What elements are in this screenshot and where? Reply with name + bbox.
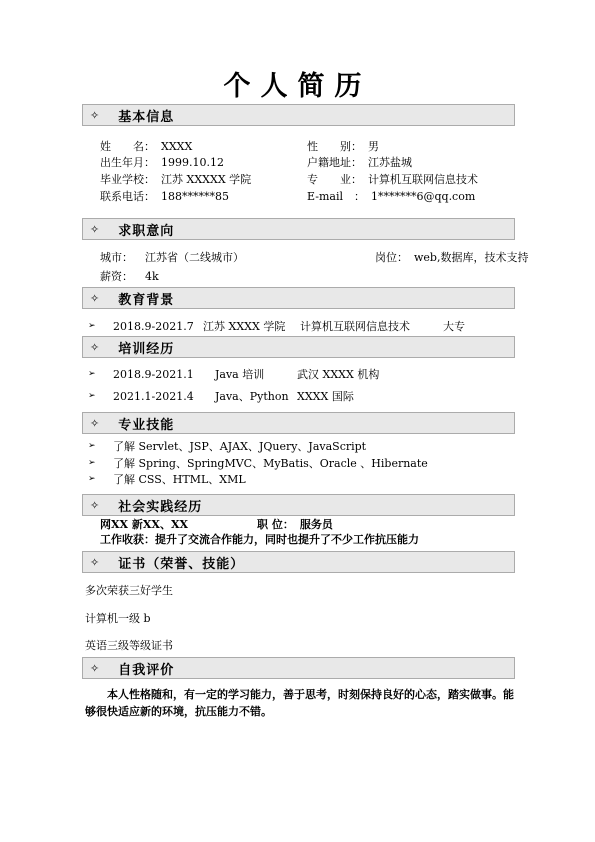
- intent-post: 岗位：web,数据库，技术支持: [375, 251, 528, 264]
- info-value: 1*******6@qq.com: [371, 190, 475, 203]
- skill-item: 了解 CSS、HTML、XML: [113, 473, 246, 486]
- certificate-item: 计算机一级 b: [85, 612, 151, 625]
- practice-gain: 工作收获：提升了交流合作能力，同时也提升了不少工作抗压能力: [100, 533, 419, 546]
- basic-row-address: 户籍地址：江苏盐城: [307, 156, 412, 169]
- section-header-basic-info: ✧ 基本信息: [82, 104, 515, 126]
- basic-row-email: E-mail ：1*******6@qq.com: [307, 190, 475, 203]
- basic-row-phone: 联系电话：188******85: [100, 190, 229, 203]
- arrow-bullet-icon: ➢: [88, 440, 96, 453]
- certificate-item: 多次荣获三好学生: [85, 584, 173, 597]
- skill-item: 了解 Servlet、JSP、AJAX、JQuery、JavaScript: [113, 440, 366, 453]
- arrow-bullet-icon: ➢: [88, 320, 96, 333]
- training-org: 武汉 XXXX 机构: [297, 368, 379, 381]
- training-date: 2018.9-2021.1: [113, 368, 194, 381]
- basic-row-birth: 出生年月：1999.10.12: [100, 156, 224, 169]
- section-header-self-evaluation: ✧ 自我评价: [82, 657, 515, 679]
- section-title: 证书（荣誉、技能）: [118, 553, 244, 572]
- info-label: 性 别：: [307, 140, 362, 153]
- post-value: web,数据库，技术支持: [414, 251, 528, 264]
- salary-label: 薪资：: [100, 270, 133, 283]
- diamond-icon: ✧: [90, 663, 99, 674]
- arrow-bullet-icon: ➢: [88, 457, 96, 470]
- salary-value: 4k: [145, 270, 159, 283]
- diamond-icon: ✧: [90, 557, 99, 568]
- section-header-training: ✧ 培训经历: [82, 336, 515, 358]
- info-value: 计算机互联网信息技术: [368, 173, 478, 186]
- diamond-icon: ✧: [90, 293, 99, 304]
- arrow-bullet-icon: ➢: [88, 368, 96, 381]
- diamond-icon: ✧: [90, 418, 99, 429]
- intent-city: 城市：江苏省（二线城市）: [100, 251, 244, 264]
- info-value: 江苏 XXXXX 学院: [161, 173, 251, 186]
- section-header-certificates: ✧ 证书（荣誉、技能）: [82, 551, 515, 573]
- practice-position: 职 位：服务员: [257, 518, 333, 531]
- training-course: Java 培训: [215, 368, 264, 381]
- basic-row-gender: 性 别：男: [307, 140, 379, 153]
- section-title: 社会实践经历: [118, 496, 202, 515]
- resume-page: 个人简历 ✧ 基本信息 姓 名：XXXX 性 别：男 出生年月：1999.10.…: [0, 0, 595, 842]
- gain-label: 工作收获：: [100, 533, 155, 546]
- section-title: 求职意向: [118, 220, 174, 239]
- section-title: 自我评价: [118, 659, 174, 678]
- info-value: 男: [368, 140, 379, 153]
- info-value: 江苏盐城: [368, 156, 412, 169]
- info-label: 联系电话：: [100, 190, 155, 203]
- diamond-icon: ✧: [90, 224, 99, 235]
- education-degree: 大专: [443, 320, 465, 333]
- diamond-icon: ✧: [90, 110, 99, 121]
- info-label: E-mail ：: [307, 190, 365, 203]
- education-major: 计算机互联网信息技术: [300, 320, 410, 333]
- section-title: 基本信息: [118, 106, 174, 125]
- arrow-bullet-icon: ➢: [88, 390, 96, 403]
- city-value: 江苏省（二线城市）: [145, 251, 244, 264]
- info-value: 188******85: [161, 190, 229, 203]
- info-label: 毕业学校：: [100, 173, 155, 186]
- basic-row-name: 姓 名：XXXX: [100, 140, 192, 153]
- gain-value: 提升了交流合作能力，同时也提升了不少工作抗压能力: [155, 533, 419, 546]
- post-label: 岗位：: [375, 251, 408, 264]
- section-header-social-practice: ✧ 社会实践经历: [82, 494, 515, 516]
- self-evaluation-text: 本人性格随和，有一定的学习能力，善于思考，时刻保持良好的心态，踏实做事。能够很快…: [85, 686, 517, 720]
- position-label: 职 位：: [257, 518, 294, 531]
- info-value: XXXX: [161, 140, 192, 153]
- basic-row-school: 毕业学校：江苏 XXXXX 学院: [100, 173, 251, 186]
- info-value: 1999.10.12: [161, 156, 224, 169]
- section-title: 教育背景: [118, 289, 174, 308]
- training-date: 2021.1-2021.4: [113, 390, 194, 403]
- diamond-icon: ✧: [90, 500, 99, 511]
- education-date: 2018.9-2021.7: [113, 320, 194, 333]
- section-header-job-intent: ✧ 求职意向: [82, 218, 515, 240]
- arrow-bullet-icon: ➢: [88, 473, 96, 486]
- info-label: 出生年月：: [100, 156, 155, 169]
- certificate-item: 英语三级等级证书: [85, 639, 173, 652]
- education-school: 江苏 XXXX 学院: [203, 320, 285, 333]
- practice-company: 网XX 新XX、XX: [100, 518, 188, 531]
- page-title: 个人简历: [0, 64, 595, 103]
- intent-salary: 薪资：4k: [100, 270, 159, 283]
- section-header-skills: ✧ 专业技能: [82, 412, 515, 434]
- skill-item: 了解 Spring、SpringMVC、MyBatis、Oracle 、Hibe…: [113, 457, 428, 470]
- training-course: Java、Python: [215, 390, 289, 403]
- section-title: 培训经历: [118, 338, 174, 357]
- info-label: 姓 名：: [100, 140, 155, 153]
- section-header-education: ✧ 教育背景: [82, 287, 515, 309]
- city-label: 城市：: [100, 251, 133, 264]
- basic-row-major: 专 业：计算机互联网信息技术: [307, 173, 478, 186]
- position-value: 服务员: [300, 518, 333, 531]
- training-org: XXXX 国际: [297, 390, 354, 403]
- diamond-icon: ✧: [90, 342, 99, 353]
- info-label: 专 业：: [307, 173, 362, 186]
- section-title: 专业技能: [118, 414, 174, 433]
- info-label: 户籍地址：: [307, 156, 362, 169]
